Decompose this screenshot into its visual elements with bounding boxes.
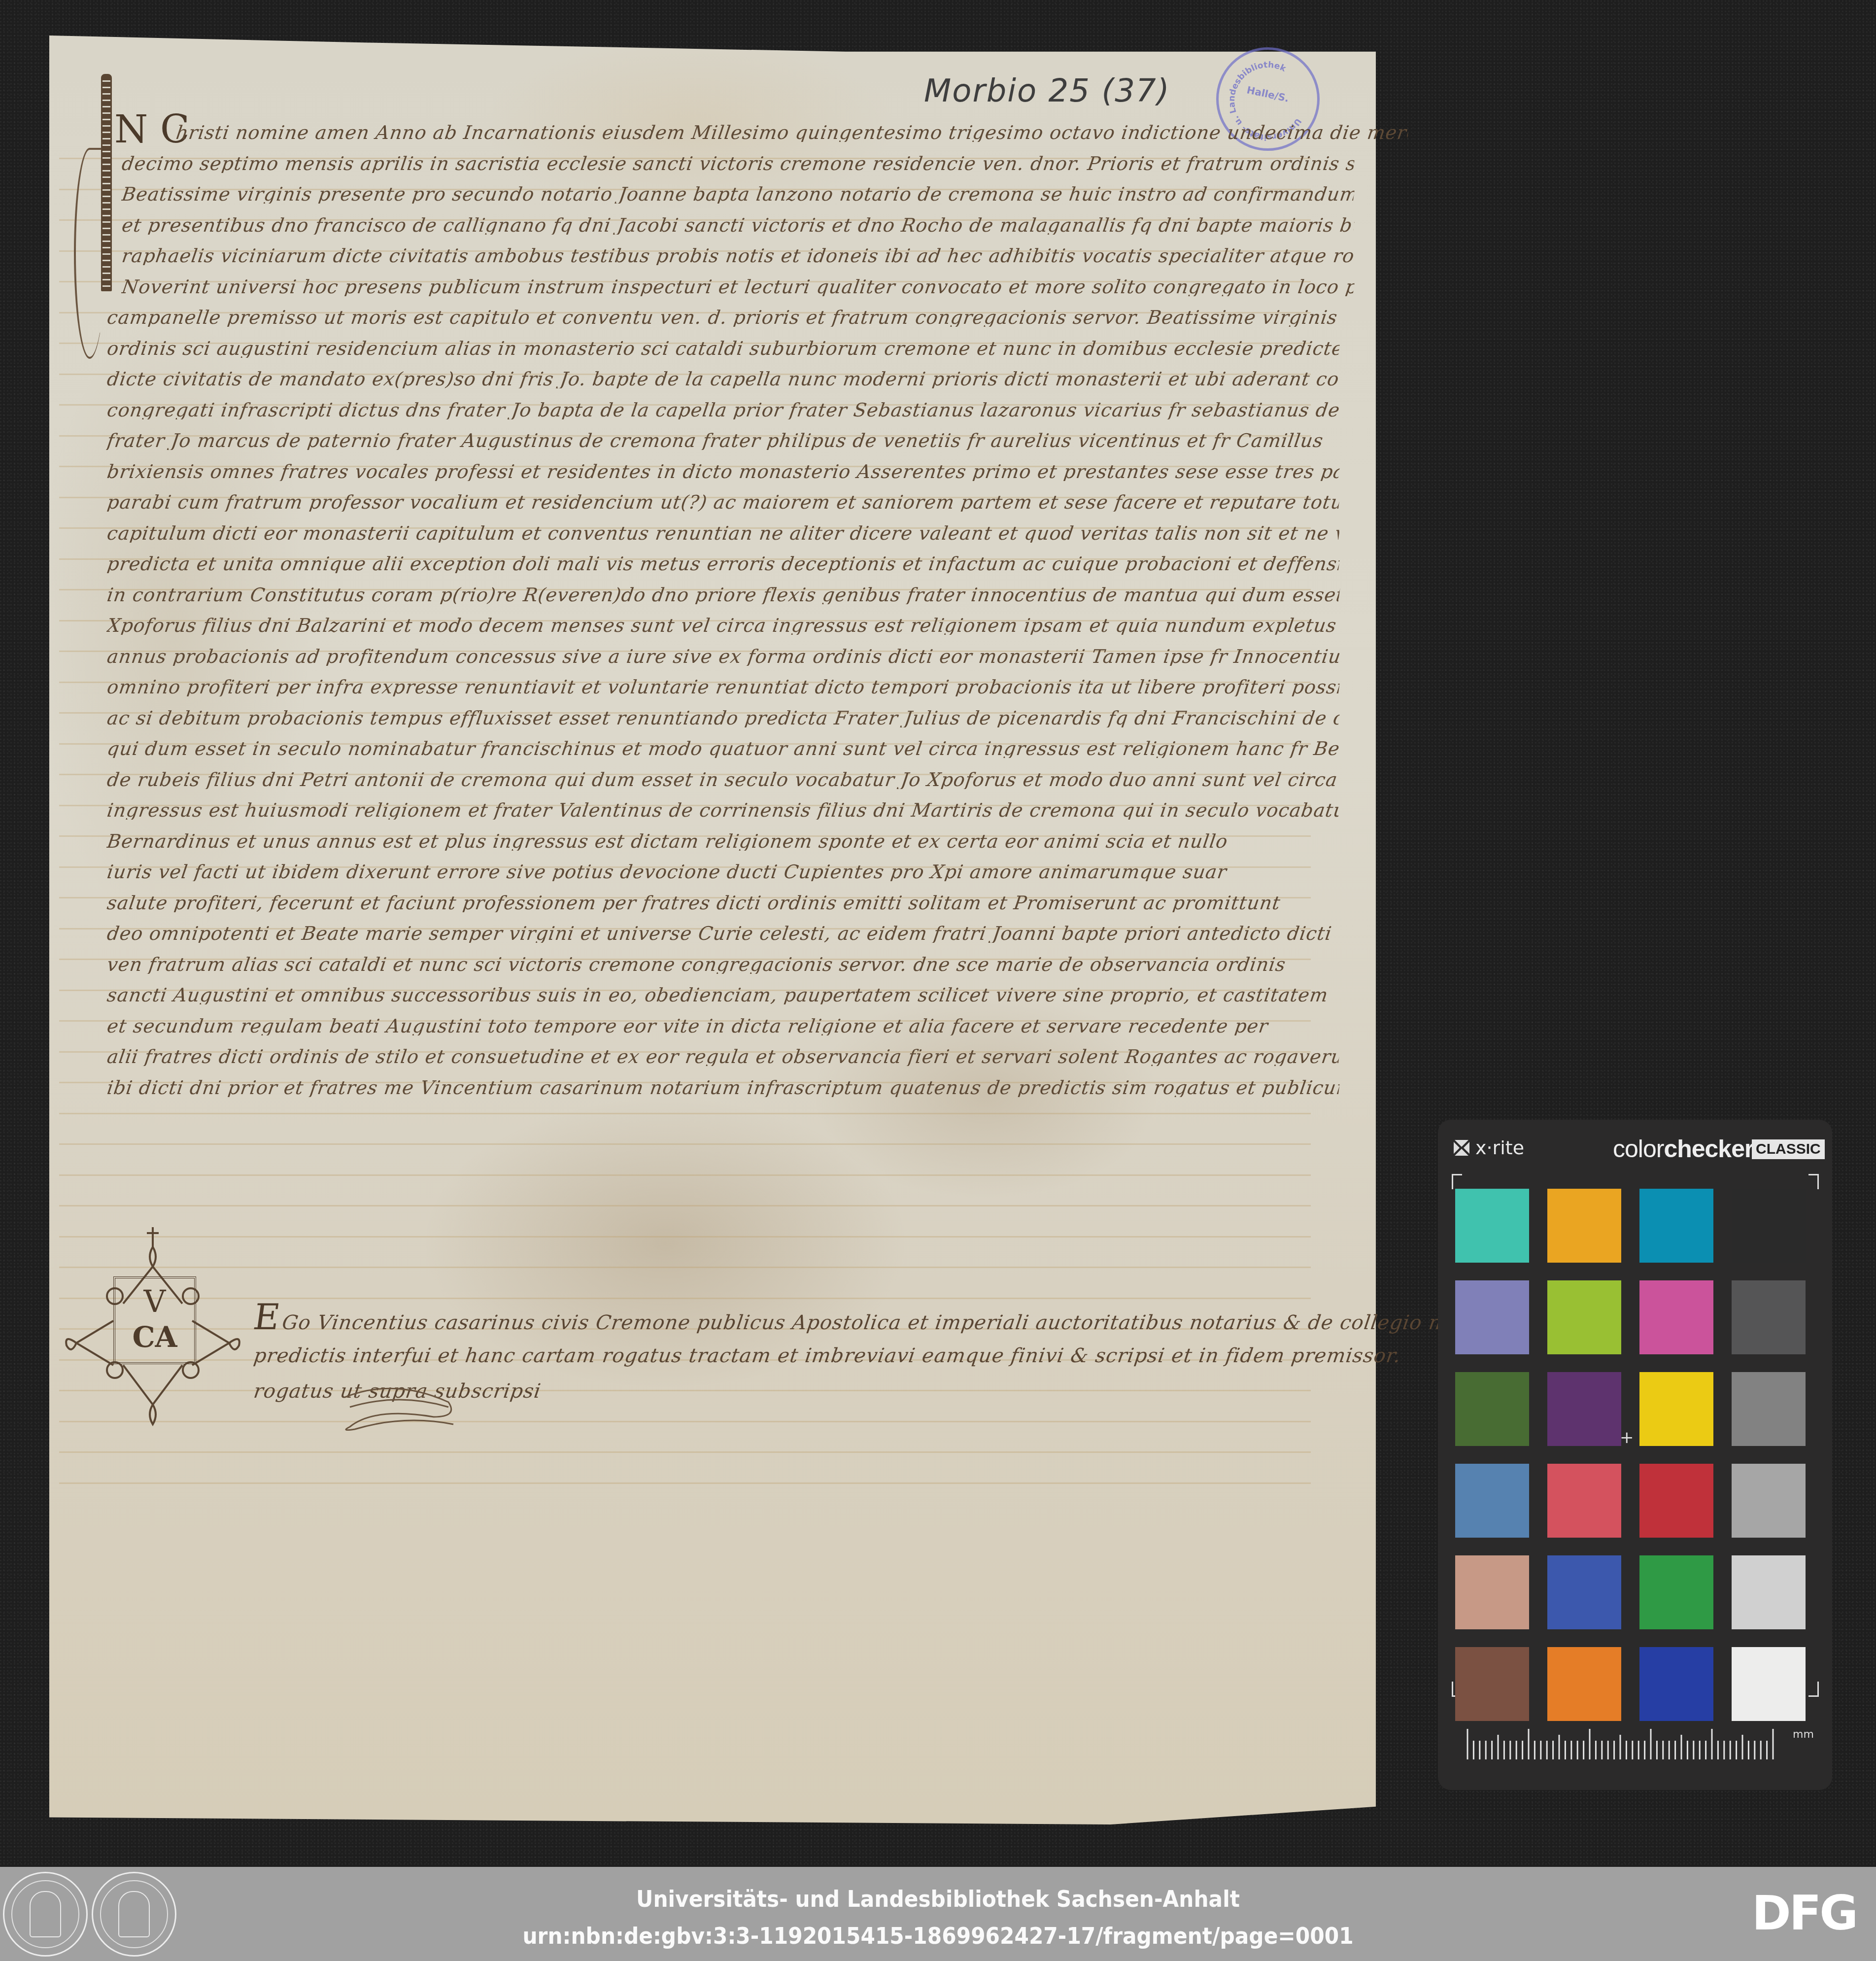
decorated-initial-i-stem bbox=[101, 74, 112, 291]
color-patch bbox=[1547, 1464, 1621, 1538]
ruling-line bbox=[59, 1113, 1311, 1114]
institution-name: Universitäts- und Landesbibliothek Sachs… bbox=[75, 1886, 1801, 1912]
manuscript-line: ingressus est huiusmodi religionem et fr… bbox=[106, 801, 1340, 820]
manuscript-line: ordinis sci augustini residencium alias … bbox=[106, 339, 1340, 358]
color-patch bbox=[1639, 1189, 1713, 1263]
mm-ruler bbox=[1463, 1726, 1783, 1760]
manuscript-line: Xpoforus filius dni Balzarini et modo de… bbox=[106, 616, 1340, 635]
color-patch bbox=[1639, 1555, 1713, 1629]
ruling-line bbox=[59, 1174, 1311, 1176]
xrite-logo: x·rite bbox=[1453, 1137, 1524, 1159]
manuscript-line: capitulum dicti eor monasterii capitulum… bbox=[106, 524, 1340, 543]
color-patch bbox=[1732, 1647, 1806, 1721]
notary-paraph-flourish-icon bbox=[340, 1377, 458, 1432]
manuscript-line: brixiensis omnes fratres vocales profess… bbox=[106, 462, 1340, 481]
manuscript-line: iuris vel facti ut ibidem dixerunt error… bbox=[106, 862, 1340, 881]
manuscript-line: predicta et unita omnique alii exception… bbox=[106, 554, 1340, 573]
manuscript-line: deo omnipotenti et Beate marie semper vi… bbox=[106, 924, 1340, 943]
color-patch bbox=[1547, 1647, 1621, 1721]
ruling-line bbox=[59, 1482, 1311, 1484]
manuscript-line: frater Jo marcus de paternio frater Augu… bbox=[106, 431, 1340, 450]
manuscript-line: dicte civitatis de mandato ex(pres)so dn… bbox=[106, 370, 1340, 388]
manuscript-line: ibi dicti dni prior et fratres me Vincen… bbox=[106, 1078, 1340, 1097]
signum-letters-ca: CA bbox=[115, 1320, 194, 1354]
ruling-line bbox=[59, 1267, 1311, 1268]
signum-monogram-box: V CA bbox=[113, 1276, 196, 1364]
color-patch bbox=[1455, 1555, 1529, 1629]
color-patch bbox=[1732, 1189, 1806, 1263]
signum-letter-v: V bbox=[115, 1283, 194, 1319]
manuscript-line: alii fratres dicti ordinis de stilo et c… bbox=[106, 1047, 1340, 1066]
xrite-x-icon bbox=[1453, 1138, 1470, 1158]
manuscript-line: de rubeis filius dni Petri antonii de cr… bbox=[106, 770, 1340, 789]
manuscript-line: raphaelis viciniarum dicte civitatis amb… bbox=[121, 246, 1355, 265]
ruling-line bbox=[59, 1205, 1311, 1206]
classic-badge: CLASSIC bbox=[1752, 1139, 1825, 1159]
color-patch bbox=[1455, 1372, 1529, 1446]
color-patch bbox=[1639, 1280, 1713, 1354]
manuscript-line: sancti Augustini et omnibus successoribu… bbox=[106, 986, 1340, 1004]
color-patch bbox=[1732, 1280, 1806, 1354]
urn-identifier[interactable]: urn:nbn:de:gbv:3:3-1192015415-1869962427… bbox=[75, 1923, 1801, 1949]
manuscript-line: Beatissime virginis presente pro secundo… bbox=[121, 185, 1355, 204]
color-patch bbox=[1732, 1555, 1806, 1629]
color-patch bbox=[1732, 1372, 1806, 1446]
manuscript-line: et presentibus dno francisco de calligna… bbox=[121, 216, 1355, 235]
ruler-unit-label: mm bbox=[1793, 1728, 1814, 1741]
subscription-line-2: predictis interfui et hanc cartam rogatu… bbox=[252, 1344, 1364, 1367]
library-footer-bar: Universitäts- und Landesbibliothek Sachs… bbox=[0, 1867, 1876, 1961]
color-patch bbox=[1639, 1464, 1713, 1538]
crop-mark-bottom-right-icon bbox=[1808, 1682, 1819, 1697]
colorchecker-title: colorchecker bbox=[1613, 1135, 1753, 1163]
manuscript-line: Noverint universi hoc presens publicum i… bbox=[121, 277, 1355, 296]
notarial-signum: V CA bbox=[57, 1222, 244, 1429]
color-patch bbox=[1639, 1647, 1713, 1721]
crop-mark-top-right-icon bbox=[1808, 1174, 1819, 1189]
subscription-line-1: EGo Vincentius casarinus civis Cremone p… bbox=[251, 1296, 1365, 1338]
ruling-line bbox=[59, 1236, 1311, 1238]
dfg-logo: DFG bbox=[1752, 1890, 1856, 1937]
manuscript-line: in contrarium Constitutus coram p(rio)re… bbox=[106, 585, 1340, 604]
color-patch bbox=[1455, 1464, 1529, 1538]
manuscript-line: et secundum regulam beati Augustini toto… bbox=[106, 1017, 1340, 1035]
manuscript-line: Bernardinus et unus annus est et plus in… bbox=[106, 832, 1340, 851]
colorchecker-card: x·rite colorchecker CLASSIC + mm bbox=[1438, 1120, 1832, 1790]
manuscript-line: decimo septimo mensis aprilis in sacrist… bbox=[121, 154, 1355, 173]
color-patch bbox=[1455, 1189, 1529, 1263]
subscription-initial: E bbox=[251, 1296, 283, 1338]
manuscript-line: hristi nomine amen Anno ab Incarnationis… bbox=[175, 123, 1409, 142]
color-patch bbox=[1455, 1647, 1529, 1721]
manuscript-line: ven fratrum alias sci cataldi et nunc sc… bbox=[106, 955, 1340, 974]
manuscript-line: ac si debitum probacionis tempus effluxi… bbox=[106, 709, 1340, 727]
manuscript-line: congregati infrascripti dictus dns frate… bbox=[106, 401, 1340, 419]
manuscript-line: campanelle premisso ut moris est capitul… bbox=[106, 308, 1340, 327]
manuscript-line: qui dum esset in seculo nominabatur fran… bbox=[106, 739, 1340, 758]
crosshair-icon: + bbox=[1620, 1428, 1634, 1447]
ruling-line bbox=[59, 1143, 1311, 1145]
manuscript-line: annus probacionis ad profitendum concess… bbox=[106, 647, 1340, 666]
crop-mark-top-left-icon bbox=[1452, 1174, 1462, 1189]
manuscript-line: omnino profiteri per infra expresse renu… bbox=[106, 678, 1340, 696]
ruling-line bbox=[59, 1421, 1311, 1422]
manuscript-line: salute profiteri, fecerunt et faciunt pr… bbox=[106, 894, 1340, 912]
shelfmark-annotation: Morbio 25 (37) bbox=[924, 73, 1170, 109]
color-patch bbox=[1547, 1555, 1621, 1629]
manuscript-line: parabi cum fratrum professor vocalium et… bbox=[106, 493, 1340, 512]
color-patch bbox=[1732, 1464, 1806, 1538]
ruling-line bbox=[59, 1451, 1311, 1453]
color-patch bbox=[1455, 1280, 1529, 1354]
color-patch bbox=[1639, 1372, 1713, 1446]
color-patch bbox=[1547, 1372, 1621, 1446]
color-patch bbox=[1547, 1189, 1621, 1263]
color-patch bbox=[1547, 1280, 1621, 1354]
